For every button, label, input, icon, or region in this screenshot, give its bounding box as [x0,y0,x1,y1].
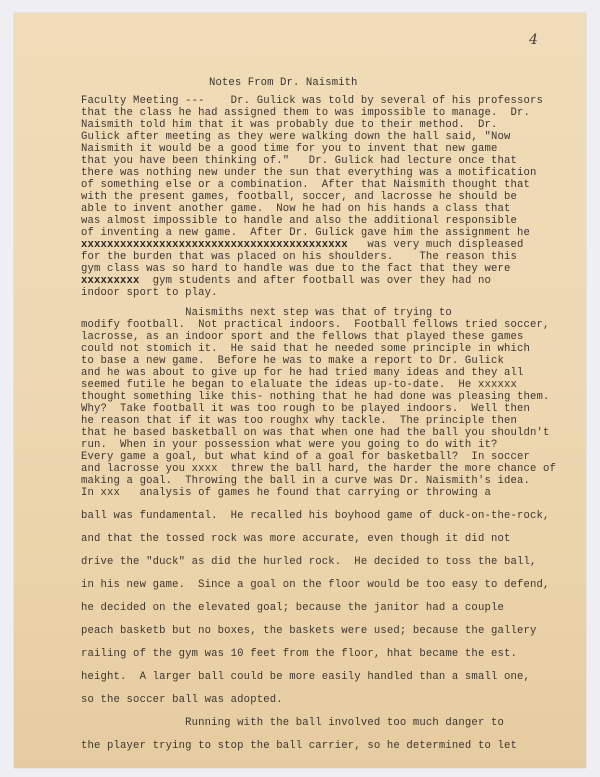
text-line: able to invent another game. Now he had … [81,203,510,215]
handwritten-page-number: 4 [529,32,538,48]
text-line: for the burden that was placed on his sh… [81,251,517,263]
text-line: thought something like this- nothing tha… [81,391,550,403]
text-line: the player trying to stop the ball carri… [81,740,517,752]
text-line: that you have been thinking of." Dr. Gul… [81,155,517,167]
text-line: Naismith told him that it was probably d… [81,119,497,131]
text-line: of something else or a combination. Afte… [81,179,530,191]
text-line: xxxxxxxxx gym students and after footbal… [81,275,491,287]
text-line: Faculty Meeting --- Dr. Gulick was told … [81,95,543,107]
line-text: was very much displeased [348,239,524,251]
text-line: peach basketb but no boxes, the baskets … [81,625,537,637]
text-line: of inventing a new game. After Dr. Gulic… [81,227,530,239]
text-line: height. A larger ball could be more easi… [81,671,530,683]
struck-out-text: xxxxxxxxxxxxxxxxxxxxxxxxxxxxxxxxxxxxxxxx… [81,239,348,251]
struck-out-text: xxxxxxxxx [81,275,140,287]
text-line: seemed futile he began to elaluate the i… [81,379,517,391]
text-line: making a goal. Throwing the ball in a cu… [81,475,530,487]
text-line: Naismith it would be a good time for you… [81,143,497,155]
text-line: drive the "duck" as did the hurled rock.… [81,556,537,568]
line-text: gym students and after football was over… [140,275,491,287]
text-line: that the class he had assigned them to w… [81,107,530,119]
text-line: with the present games, football, soccer… [81,191,517,203]
text-line: indoor sport to play. [81,287,218,299]
text-line: gym class was so hard to handle was due … [81,263,510,275]
text-line: In xxx analysis of games he found that c… [81,487,491,499]
text-line: in his new game. Since a goal on the flo… [81,579,550,591]
text-line: ball was fundamental. He recalled his bo… [81,510,550,522]
text-line: Running with the ball involved too much … [81,717,504,729]
text-line: and that the tossed rock was more accura… [81,533,510,545]
text-line: Why? Take football it was too rough to b… [81,403,530,415]
text-line: and lacrosse you xxxx threw the ball har… [81,463,556,475]
text-line: xxxxxxxxxxxxxxxxxxxxxxxxxxxxxxxxxxxxxxxx… [81,239,524,251]
text-line: so the soccer ball was adopted. [81,694,283,706]
text-line: Every game a goal, but what kind of a go… [81,451,530,463]
text-line: railing of the gym was 10 feet from the … [81,648,517,660]
text-line: run. When in your possession what were y… [81,439,497,451]
text-line: modify football. Not practical indoors. … [81,319,550,331]
text-line: Gulick after meeting as they were walkin… [81,131,510,143]
text-line: to base a new game. Before he was to mak… [81,355,504,367]
text-line: could not stomich it. He said that he ne… [81,343,530,355]
text-line: there was nothing new under the sun that… [81,167,537,179]
text-line: he decided on the elevated goal; because… [81,602,504,614]
text-line: lacrosse, as an indoor sport and the fel… [81,331,524,343]
text-line: was almost impossible to handle and also… [81,215,517,227]
text-line: he reason that if it was too roughx why … [81,415,517,427]
text-line: Naismiths next step was that of trying t… [81,307,452,319]
text-line: and he was about to give up for he had t… [81,367,524,379]
document-title: Notes From Dr. Naismith [209,77,358,89]
text-line: that he based basketball on was that whe… [81,427,550,439]
